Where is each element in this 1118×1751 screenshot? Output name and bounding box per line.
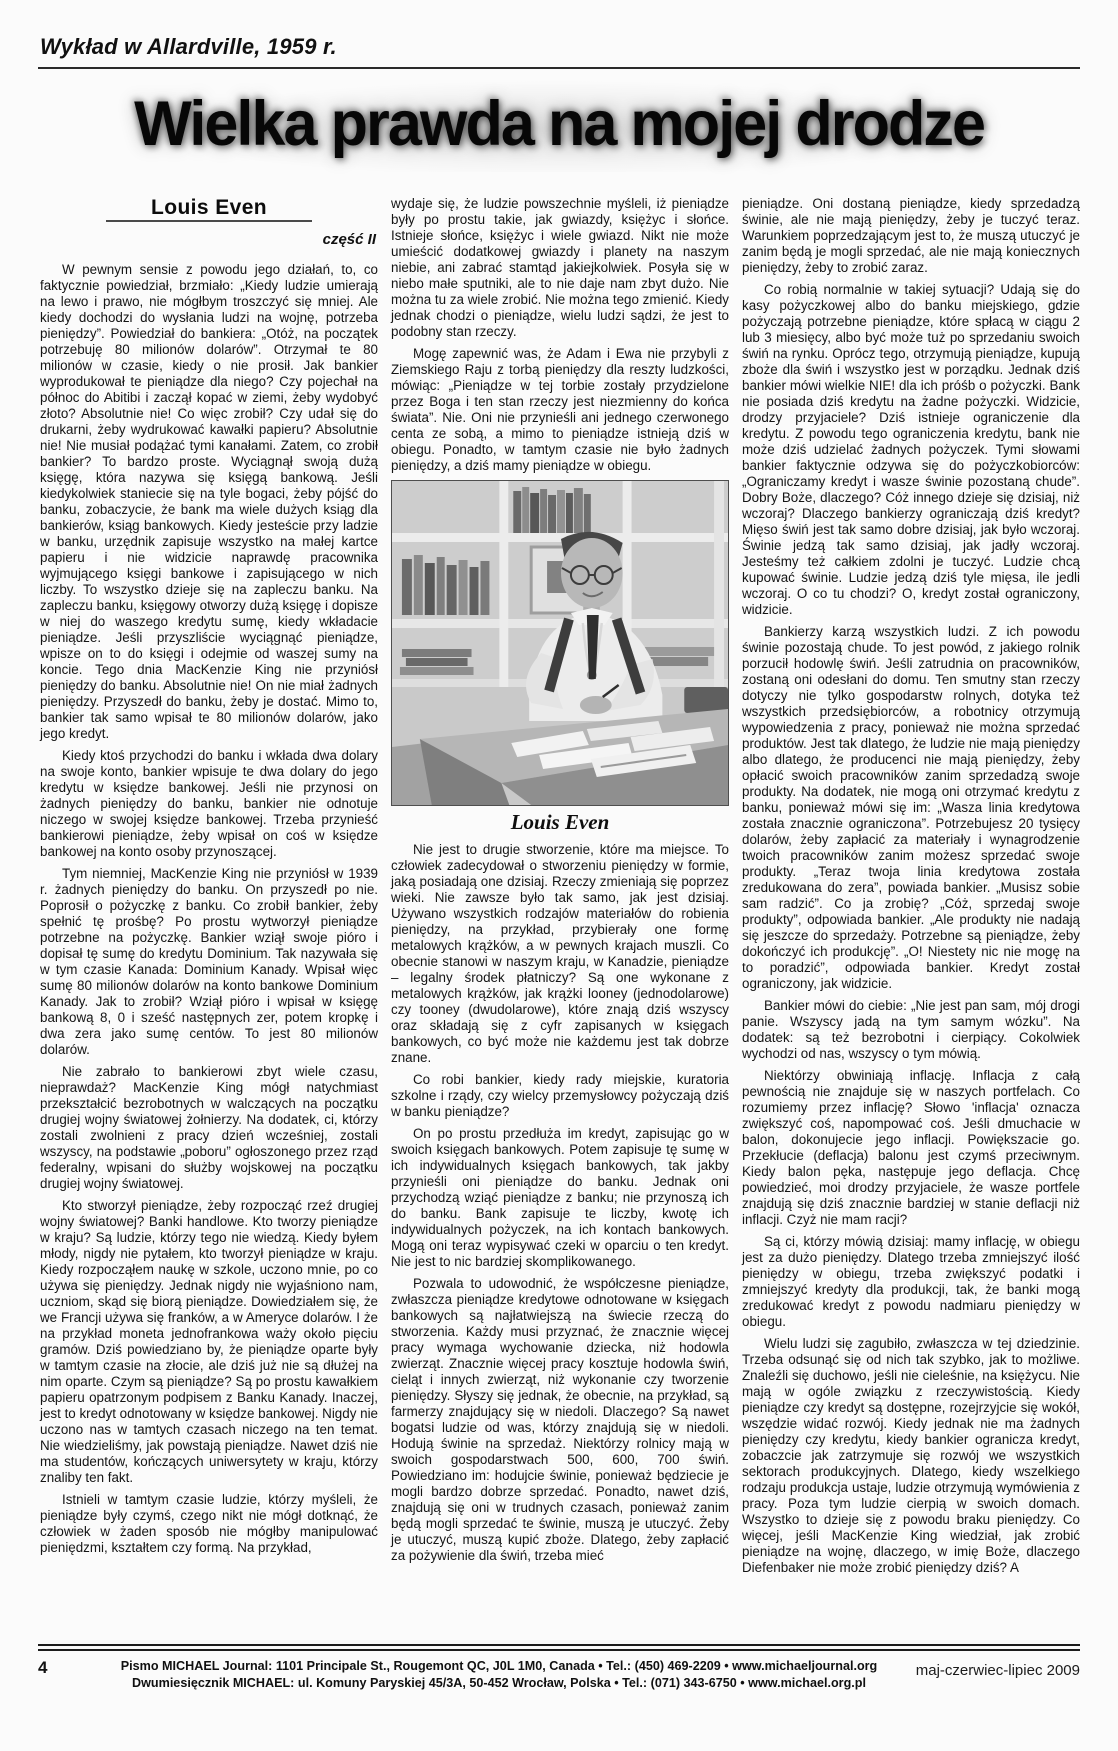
publisher-line-1: Pismo MICHAEL Journal: 1101 Principale S…	[108, 1658, 890, 1675]
paragraph: Nie jest to drugie stworzenie, które ma …	[391, 842, 729, 1066]
part-label: część II	[40, 232, 376, 248]
column-3: pieniądze. Oni dostaną pieniądze, kiedy …	[742, 196, 1080, 1582]
paragraph: pieniądze. Oni dostaną pieniądze, kiedy …	[742, 196, 1080, 276]
article-columns: Louis Even część II W pewnym sensie z po…	[40, 196, 1080, 1582]
paragraph: Istnieli w tamtym czasie ludzie, którzy …	[40, 1492, 378, 1556]
paragraph: Tym niemniej, MacKenzie King nie przynió…	[40, 866, 378, 1058]
publisher-line-2: Dwumiesięcznik MICHAEL: ul. Komuny Parys…	[108, 1675, 890, 1692]
newspaper-page: Wykład w Allardville, 1959 r. Wielka pra…	[0, 0, 1118, 1751]
author-byline: Louis Even	[40, 200, 378, 216]
louis-even-photo	[391, 480, 729, 806]
paragraph: Bankierzy karzą wszystkich ludzi. Z ich …	[742, 624, 1080, 992]
byline-rule	[106, 220, 312, 222]
paragraph: Pozwala to udowodnić, że współczesne pie…	[391, 1276, 729, 1564]
paragraph: Nie zabrało to bankierowi zbyt wiele cza…	[40, 1064, 378, 1192]
publisher-info: Pismo MICHAEL Journal: 1101 Principale S…	[108, 1658, 890, 1692]
paragraph: Są ci, którzy mówią dzisiaj: mamy inflac…	[742, 1234, 1080, 1330]
louis-even-photo-graphic	[392, 481, 728, 805]
column-1: Louis Even część II W pewnym sensie z po…	[40, 196, 378, 1582]
article-kicker: Wykład w Allardville, 1959 r.	[40, 34, 337, 60]
paragraph: Bankier mówi do ciebie: „Nie jest pan sa…	[742, 998, 1080, 1062]
paragraph: Wielu ludzi się zagubiło, zwłaszcza w te…	[742, 1336, 1080, 1576]
page-footer: 4 Pismo MICHAEL Journal: 1101 Principale…	[38, 1658, 1080, 1692]
column-2: wydaje się, że ludzie powszechnie myślel…	[391, 196, 729, 1582]
paragraph: Kiedy ktoś przychodzi do banku i wkłada …	[40, 748, 378, 860]
kicker-rule	[38, 67, 1080, 69]
page-number: 4	[38, 1658, 108, 1678]
photo-caption: Louis Even	[391, 814, 729, 830]
footer-double-rule	[38, 1644, 1080, 1651]
article-headline: Wielka prawda na mojej drodze	[134, 88, 984, 160]
paragraph: Kto stworzył pieniądze, żeby rozpocząć r…	[40, 1198, 378, 1486]
paragraph: On po prostu przedłuża im kredyt, zapisu…	[391, 1126, 729, 1270]
paragraph: Co robi bankier, kiedy rady miejskie, ku…	[391, 1072, 729, 1120]
headline-band: Wielka prawda na mojej drodze	[0, 76, 1118, 172]
paragraph: W pewnym sensie z powodu jego działań, t…	[40, 262, 378, 742]
paragraph: Co robią normalnie w takiej sytuacji? Ud…	[742, 282, 1080, 618]
paragraph: wydaje się, że ludzie powszechnie myślel…	[391, 196, 729, 340]
issue-date: maj-czerwiec-lipiec 2009	[890, 1658, 1080, 1679]
paragraph: Niektórzy obwiniają inflację. Inflacja z…	[742, 1068, 1080, 1228]
paragraph: Mogę zapewnić was, że Adam i Ewa nie prz…	[391, 346, 729, 474]
